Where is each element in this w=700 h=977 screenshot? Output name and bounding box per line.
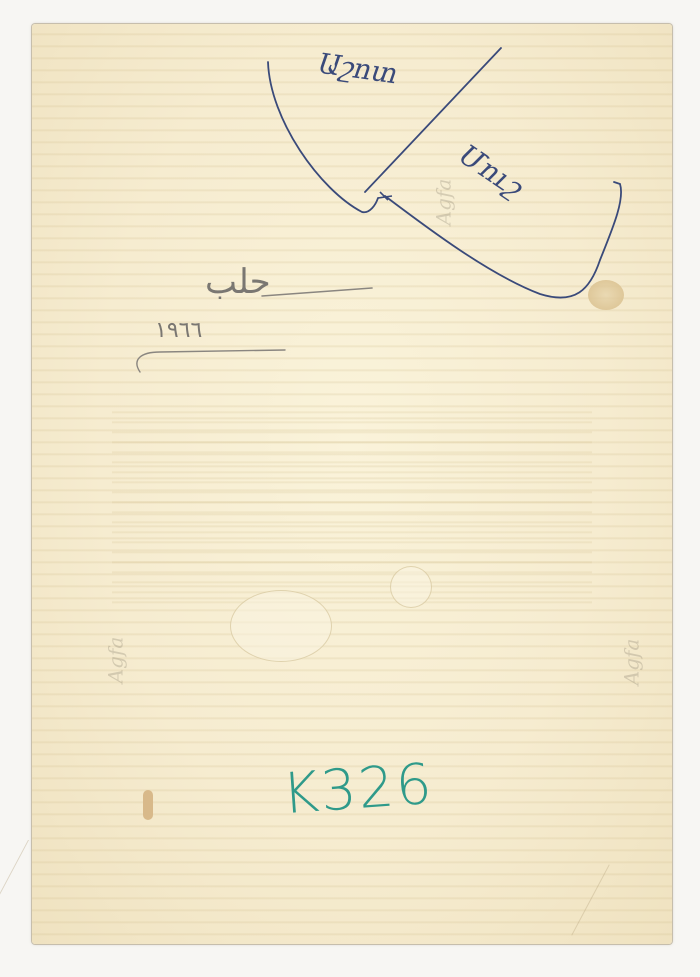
drip-stain [143, 790, 153, 820]
round-stain [588, 280, 624, 310]
water-mark [390, 566, 432, 608]
handwritten-year: ١٩٦٦ [155, 318, 202, 343]
embossed-brand-mark: Agfa [103, 637, 127, 684]
handwritten-place: حلب [205, 262, 271, 302]
embossed-brand-mark: Agfa [619, 639, 643, 686]
archive-code: K326 [280, 752, 436, 827]
scan-background: Agfa Agfa Agfa Աշոտ Մուշ حلب ١٩٦٦ K326 [0, 0, 700, 977]
water-mark [230, 590, 332, 662]
embossed-brand-mark: Agfa [431, 179, 455, 226]
